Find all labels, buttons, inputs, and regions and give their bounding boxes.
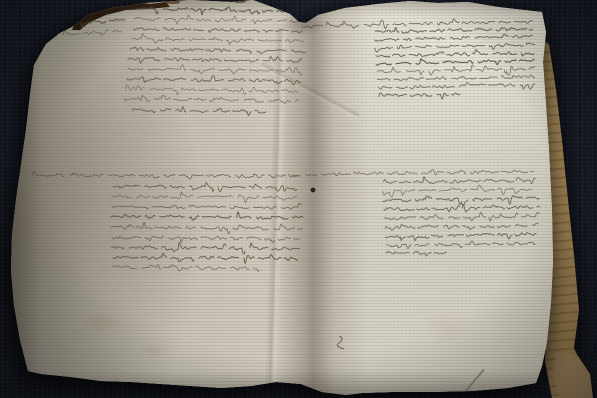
- handwritten-line: [32, 171, 297, 179]
- handwritten-line: [112, 192, 296, 204]
- handwritten-line: [379, 91, 460, 100]
- handwritten-line: [386, 240, 535, 249]
- right-page-paragraph-2: [288, 168, 540, 258]
- paper-stain: [68, 305, 132, 339]
- handwritten-line: [376, 56, 534, 67]
- stray-pen-flourish: [337, 336, 344, 349]
- handwritten-line: [113, 253, 298, 264]
- paper-stain: [212, 45, 268, 115]
- handwritten-line: [385, 223, 538, 231]
- handwritten-line: [376, 48, 534, 59]
- wormhole-dot: [311, 188, 316, 193]
- handwritten-line: [384, 204, 540, 213]
- handwritten-line: [132, 33, 304, 45]
- handwritten-line: [130, 47, 306, 54]
- handwritten-line: [302, 17, 532, 31]
- handwritten-line: [113, 182, 296, 193]
- handwriting-layer: [0, 0, 597, 398]
- handwritten-line: [112, 236, 299, 243]
- handwritten-line: [377, 64, 535, 78]
- handwritten-line: [288, 168, 533, 177]
- handwritten-line: [375, 34, 533, 42]
- handwritten-line: [384, 212, 539, 223]
- handwritten-line: [375, 25, 532, 34]
- handwritten-line: [63, 26, 121, 38]
- left-page-paragraph-2: [32, 171, 304, 271]
- photo-stage: [0, 0, 597, 398]
- handwritten-line: [112, 202, 301, 210]
- handwritten-line: [56, 18, 125, 29]
- left-page-marginal-note: [56, 18, 126, 38]
- manuscript-book: [0, 0, 597, 398]
- singe-speck: [166, 0, 180, 4]
- handwritten-line: [112, 242, 300, 254]
- handwritten-line: [375, 42, 535, 52]
- paper-stain: [132, 339, 172, 361]
- handwritten-line: [379, 81, 535, 92]
- handwritten-line: [387, 251, 447, 257]
- handwritten-line: [133, 27, 302, 33]
- handwritten-line: [124, 95, 299, 104]
- open-pages-wrap: [0, 0, 597, 398]
- handwritten-line: [383, 175, 535, 186]
- right-page-paragraph-1: [302, 17, 536, 102]
- handwritten-line: [135, 14, 303, 25]
- handwritten-line: [113, 264, 260, 271]
- open-pages-paper: [0, 0, 597, 398]
- handwritten-line: [111, 222, 302, 234]
- handwritten-line: [377, 75, 534, 81]
- handwritten-line: [111, 211, 303, 221]
- handwritten-line: [137, 6, 300, 16]
- handwritten-line: [385, 233, 536, 241]
- handwritten-line: [383, 184, 532, 197]
- handwritten-line: [383, 194, 540, 206]
- paper-stain: [410, 305, 484, 349]
- singe-speck: [234, 0, 246, 3]
